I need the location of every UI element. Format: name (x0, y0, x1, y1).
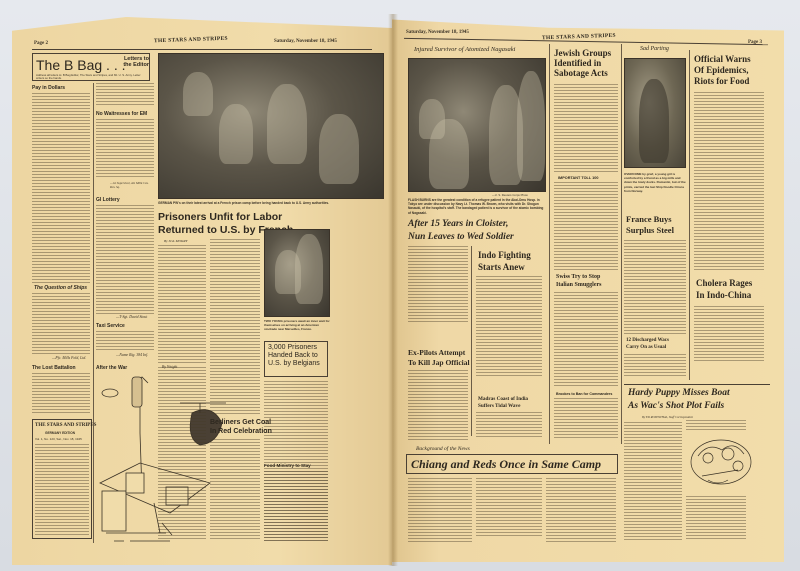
bbag-box: The B Bag . . . Letters to the Editor Ad… (32, 53, 150, 81)
berlin-headline-1: Berliners Get Coal (210, 419, 271, 426)
puppy-byline: By ED ROSENTHAL, Staff Correspondent (642, 415, 693, 419)
lead-byline: By SGL MOKRY (164, 239, 187, 243)
sad-parting-caption: OVERCOME by grief, a young girl is comfo… (624, 172, 686, 193)
chiang-text (476, 478, 542, 538)
swiss-headline-1: Swiss Try to Stop (556, 274, 600, 280)
wacs-headline-1: 12 Discharged Wacs (626, 338, 669, 343)
pilots-headline-2: To Kill Jap Official (408, 358, 470, 367)
column-heading: No Waitresses for EM (96, 111, 147, 117)
column-heading: Taxi Service (96, 323, 125, 329)
bbag-note: Address all letters to: B Bag Editor, Th… (36, 74, 148, 80)
cholera-headline-1: Cholera Rages (696, 278, 752, 288)
pilots-headline-1: Ex-Pilots Attempt (408, 348, 465, 357)
sad-parting-photo (624, 58, 686, 168)
edition-title: THE STARS AND STRIPES (35, 423, 96, 428)
france-text (624, 240, 686, 334)
column-heading: The Lost Battalion (32, 365, 76, 371)
puppy-headline-1: Hardy Puppy Misses Boat (628, 388, 730, 398)
edition-box: THE STARS AND STRIPES GERMANY EDITION Vo… (32, 419, 92, 539)
column-text (96, 205, 154, 315)
column-signature: —T-Sgt. David Stout (116, 315, 147, 319)
column-signature: —1st Supervisor, Alt. Milik Cav. Rcn. Sq… (110, 181, 154, 189)
column-text (96, 119, 154, 179)
edition-subtitle: GERMANY EDITION (45, 431, 75, 435)
france-headline-2: Surplus Steel (626, 225, 674, 235)
cartoon-title: After the War (96, 365, 127, 371)
brooke-headline: Brookes to Ban for Commanders (556, 392, 612, 396)
masthead: THE STARS AND STRIPES (154, 36, 228, 45)
header-rule (32, 49, 372, 50)
column-text (32, 373, 90, 415)
jewish-subhead: IMPORTANT TOLL 100 (558, 176, 599, 180)
column-heading: The Question of Ships (34, 285, 87, 291)
lead-story-text (210, 239, 260, 415)
newspaper-right-page: Saturday, November 18, 1945 THE STARS AN… (392, 14, 784, 562)
chiang-headline: Chiang and Reds Once in Same Camp (411, 457, 601, 472)
column-text (32, 93, 90, 283)
photo-caption: GERMAN PW's on their latest arrival at a… (158, 201, 384, 205)
nagasaki-headline: Injured Survivor of Atomized Nagasaki (414, 46, 515, 53)
wacs-headline-2: Carry On as Usual (626, 345, 666, 350)
page-folio: Page 2 (34, 41, 48, 46)
edition-volume: Vol. 1, No. 123, Sat., Nov. 18, 1945 (35, 437, 91, 441)
cholera-text (694, 306, 764, 362)
indo-headline-2: Starts Anew (478, 262, 525, 272)
nun-headline-1: After 15 Years in Cloister, (408, 219, 508, 229)
nagasaki-photo (408, 58, 546, 192)
edition-text (35, 444, 89, 536)
column-text (96, 83, 154, 107)
column-heading: Pay in Dollars (32, 85, 65, 91)
column-heading: GI Lottery (96, 197, 120, 203)
belgium-headline-box: 3,000 Prisoners Handed Back to U.S. by B… (264, 341, 328, 377)
puppy-headline-2: As Wac's Shot Plot Fails (628, 401, 724, 411)
madras-headline-2: Suffers Tidal Wave (478, 403, 520, 409)
indo-headline-1: Indo Fighting (478, 250, 531, 260)
swiss-headline-2: Italian Smugglers (556, 282, 602, 288)
puppy-text (624, 422, 682, 542)
cholera-headline-2: In Indo-China (696, 290, 751, 300)
young-prisoners-photo (264, 229, 330, 317)
nagasaki-credit: —U. S. Reuters Corps Photo (492, 193, 528, 197)
chiang-headline-box: Chiang and Reds Once in Same Camp (406, 454, 618, 474)
column-text (96, 331, 154, 351)
puppy-text (686, 420, 746, 432)
jewish-text (554, 182, 618, 270)
nun-text (408, 246, 468, 322)
sad-parting-title: Sad Parting (640, 46, 669, 52)
berlin-text (210, 439, 260, 539)
epidemics-text (694, 92, 764, 272)
epidemics-headline-1: Official Warns (694, 54, 774, 65)
wacs-text (624, 354, 686, 378)
jewish-text (554, 84, 618, 174)
food-text (264, 471, 328, 541)
puppy-illustration (688, 436, 754, 492)
chiang-text (408, 478, 472, 542)
epidemics-headline-3: Riots for Food (694, 76, 774, 87)
chiang-text (546, 478, 616, 542)
belgium-headline: 3,000 Prisoners Handed Back to U.S. by B… (268, 344, 328, 368)
page-date: Saturday, November 18, 1945 (406, 30, 469, 35)
chiang-kicker: Background of the News (416, 446, 470, 452)
inset-caption: TWO YOUNG prisoners await an inner wait … (264, 319, 330, 332)
lead-story-text (158, 245, 206, 365)
brooke-text (554, 398, 618, 438)
prisoners-photo (158, 53, 384, 199)
column-text (32, 293, 90, 355)
nun-headline-2: Nun Leaves to Wed Soldier (408, 232, 514, 242)
madras-text (476, 412, 542, 438)
column-signature: —Pfc. Mills Fold, Ltd. (52, 356, 86, 360)
nagasaki-caption: FLASH BURNS are the greatest condition o… (408, 198, 546, 215)
pilots-text (408, 370, 468, 440)
lead-headline-1: Prisoners Unfit for Labor (158, 211, 282, 223)
page-date: Saturday, November 18, 1945 (274, 39, 337, 44)
berlin-headline-2: In Red Celebration (210, 428, 272, 435)
center-fold (388, 14, 398, 566)
france-headline-1: France Buys (626, 214, 672, 224)
swiss-text (554, 292, 618, 388)
food-headline: Food Ministry to Stay (264, 463, 311, 468)
jewish-headline: Jewish Groups Identified in Sabotage Act… (554, 48, 620, 78)
puppy-text (686, 496, 746, 540)
column-signature: —Name Rtg. 384 Inf. (116, 353, 148, 357)
lead-story-text (158, 367, 206, 541)
newspaper-left-page: Page 2 THE STARS AND STRIPES Saturday, N… (12, 17, 392, 565)
bbag-subtitle: Letters to the Editor (119, 56, 149, 68)
bbag-title: The B Bag . . . (36, 57, 126, 73)
madras-headline-1: Madras Coast of India (478, 396, 528, 402)
epidemics-headline-2: Of Epidemics, (694, 65, 774, 76)
indo-text (476, 276, 542, 376)
